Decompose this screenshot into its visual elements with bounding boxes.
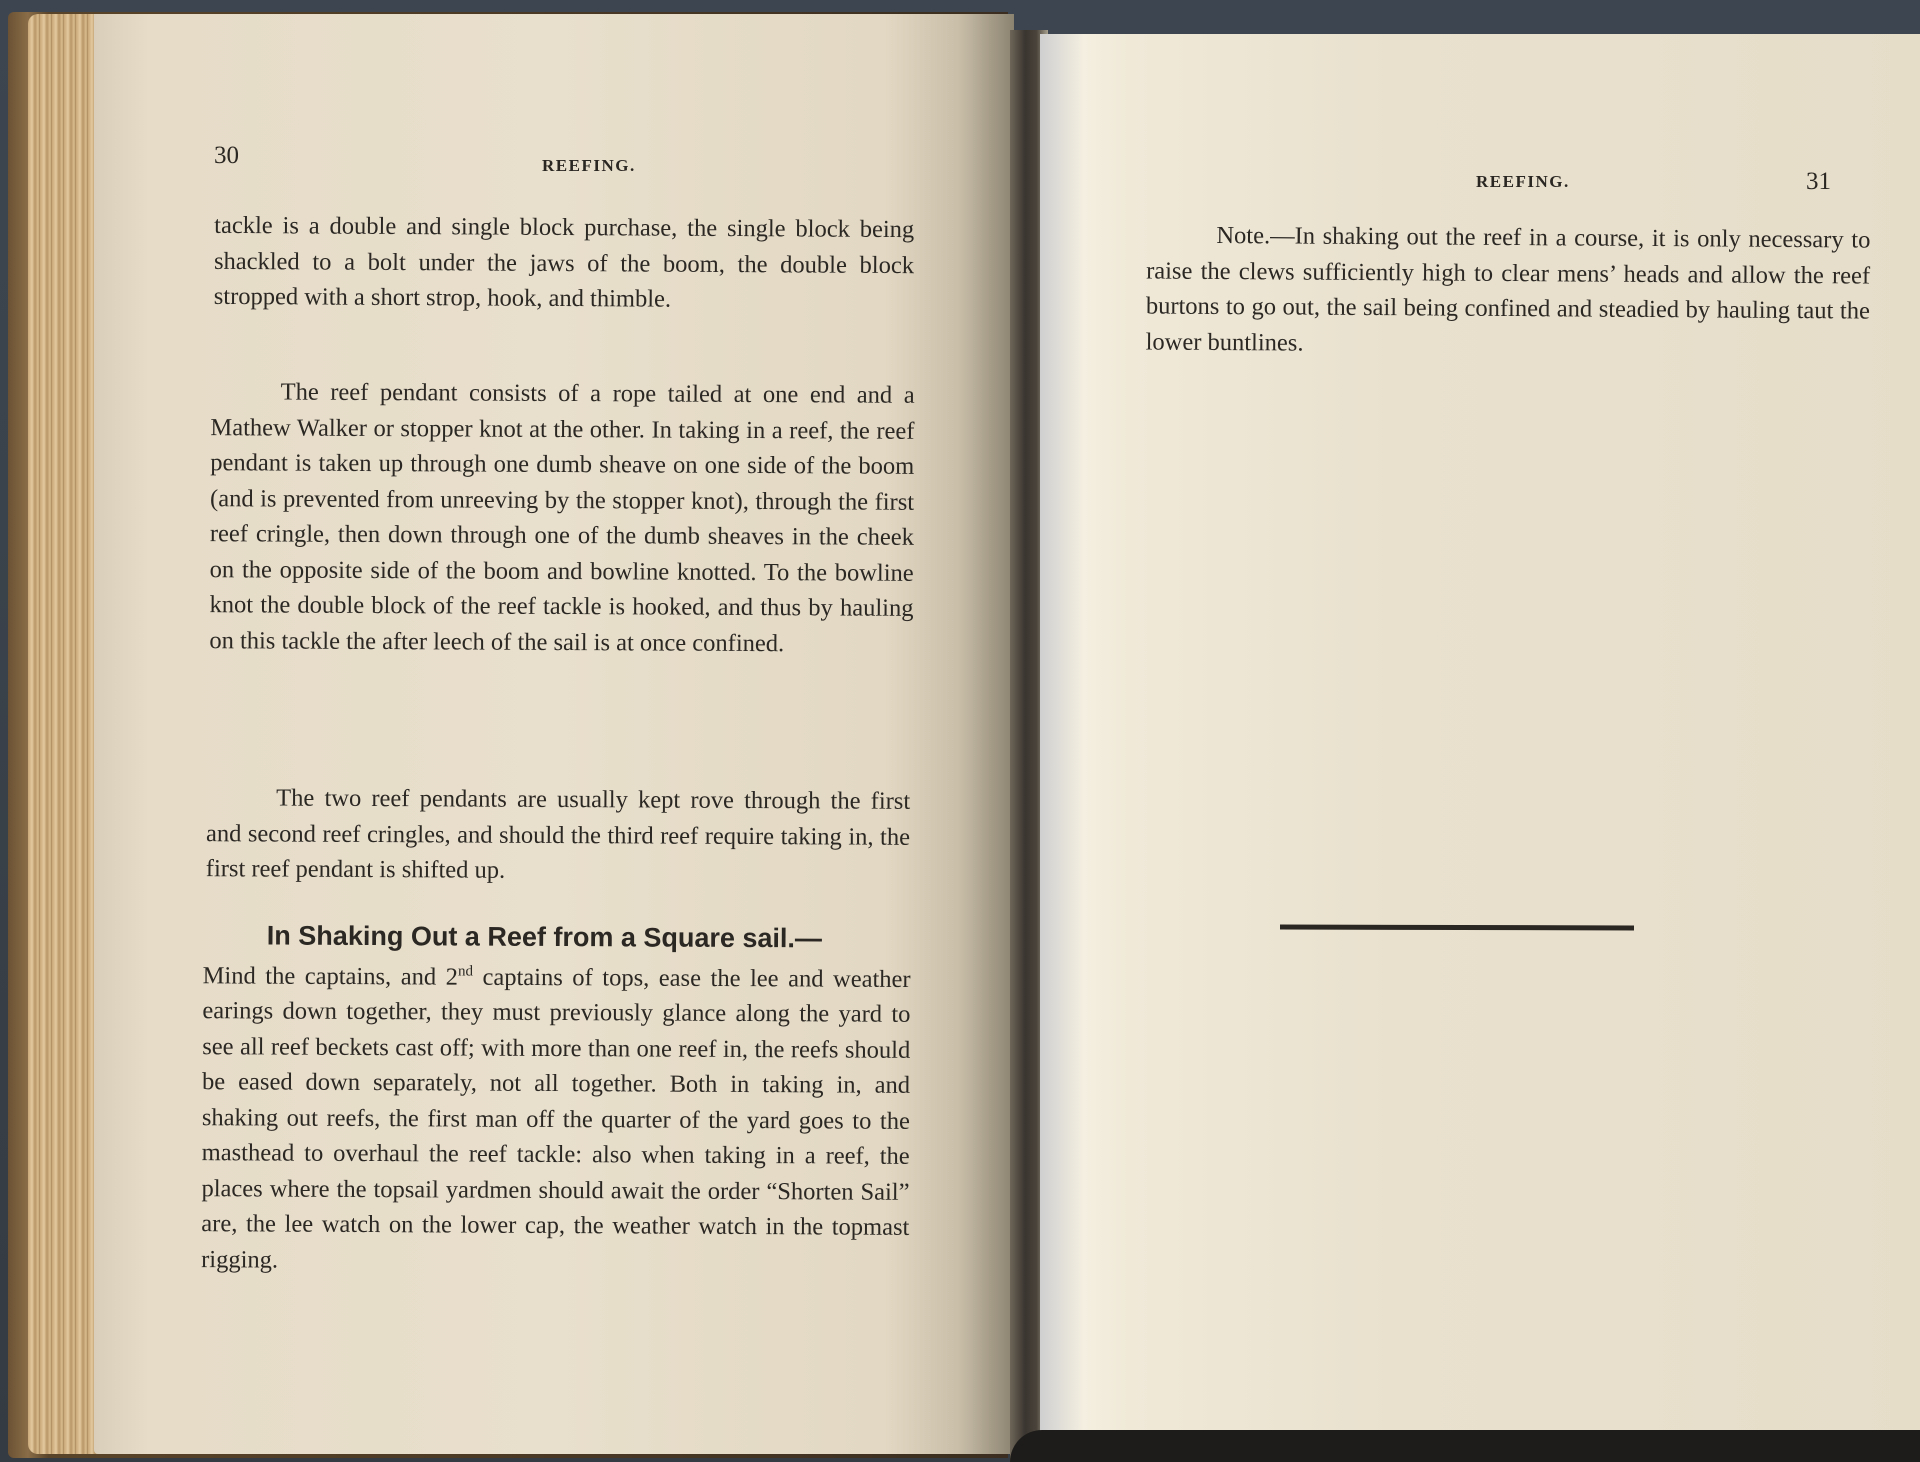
end-rule	[1280, 925, 1634, 931]
section: In Shaking Out a Reef from a Square sail…	[201, 918, 911, 1281]
paragraph: Note.—In shaking out the reef in a cours…	[1146, 217, 1871, 364]
ordinal-number: 2	[446, 963, 458, 990]
page-edges	[28, 14, 98, 1454]
paragraph: The two reef pendants are usually kept r…	[206, 780, 911, 890]
left-page: 30 REEFING. tackle is a double and singl…	[94, 14, 1014, 1454]
section-text-start: Mind the captains, and	[203, 962, 446, 990]
section-text-rest: captains of tops, ease the lee and weath…	[201, 963, 911, 1273]
page-number: 31	[1806, 168, 1831, 196]
paragraph: tackle is a double and single block purc…	[214, 208, 915, 319]
ordinal-suffix: nd	[458, 963, 473, 979]
page-number: 30	[214, 142, 239, 170]
paragraph: The reef pendant consists of a rope tail…	[209, 374, 914, 662]
running-head: REEFING.	[1476, 172, 1570, 192]
right-page: REEFING. 31 Note.—In shaking out the ree…	[1040, 34, 1920, 1444]
section-heading: In Shaking Out a Reef from a Square sail…	[267, 920, 822, 953]
table-surface	[1010, 1430, 1920, 1462]
running-head: REEFING.	[542, 156, 636, 176]
